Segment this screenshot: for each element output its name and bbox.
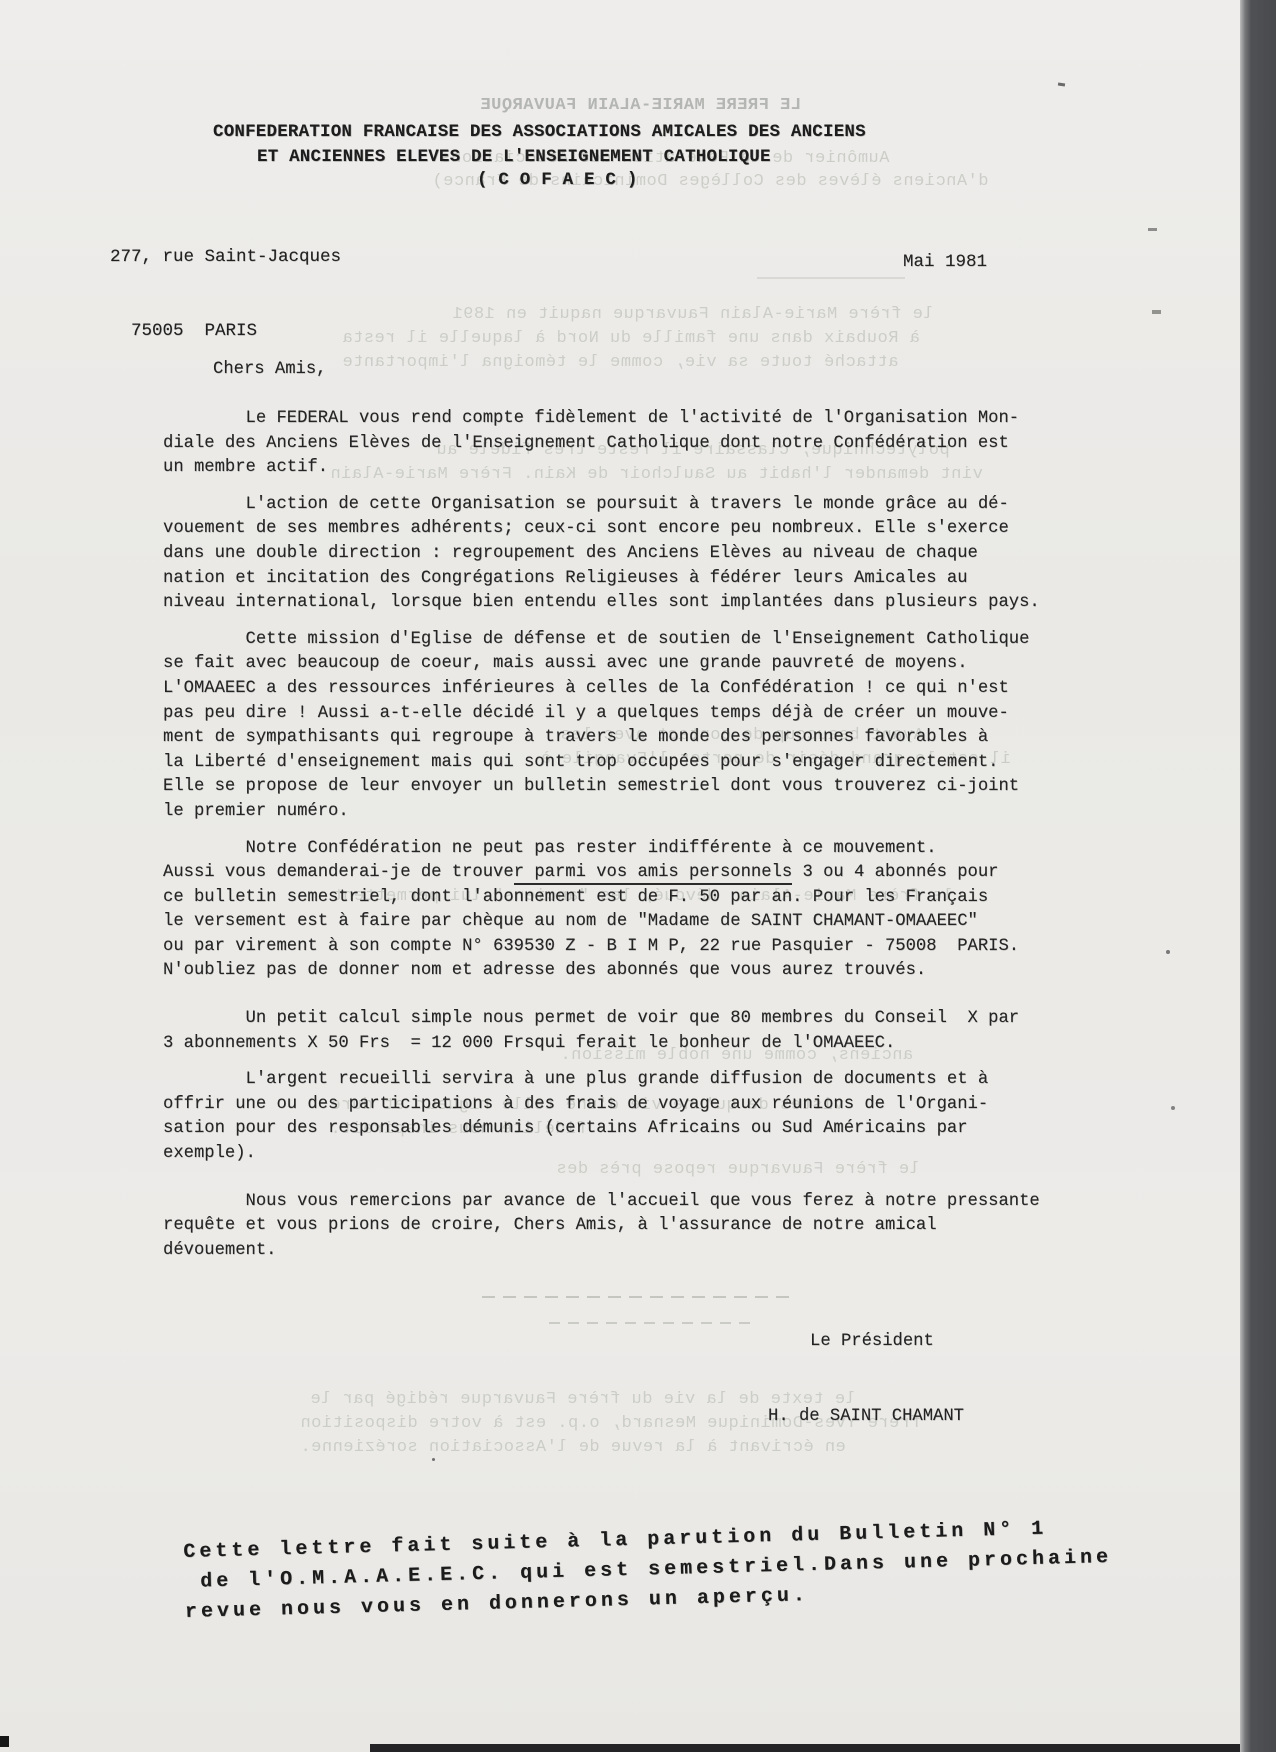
bleedthrough-text: attaché toute sa vie, comme le témoigna …: [342, 353, 899, 372]
letter-line: Notre Confédération ne peut pas rester i…: [163, 837, 1143, 862]
letter-line: pas peu dire ! Aussi a-t-elle décidé il …: [163, 702, 1143, 727]
bleedthrough-text: LE FRERE MARIE-ALAIN FAUVARQUE: [480, 96, 801, 115]
signature-name: H. de SAINT CHAMANT: [768, 1404, 964, 1429]
bleedthrough-text: en écrivant à la revue de l'Association …: [300, 1438, 846, 1457]
letter-date: Mai 1981: [903, 252, 987, 272]
letter-line: ce bulletin semestriel, dont l'abonnemen…: [163, 886, 1143, 911]
letter-line: sation pour des responsables démunis (ce…: [163, 1117, 1143, 1142]
letter-line: L'argent recueilli servira à une plus gr…: [163, 1068, 1143, 1093]
scan-speck: [432, 1458, 435, 1461]
letter-line: offrir une ou des participations à des f…: [163, 1093, 1143, 1118]
letter-line: Un petit calcul simple nous permet de vo…: [163, 1007, 1143, 1032]
faint-rule: [757, 277, 905, 279]
letter-line: diale des Anciens Elèves de l'Enseigneme…: [163, 432, 1143, 457]
sender-address: 277, rue Saint-Jacques 75005 PARIS: [110, 196, 341, 368]
letter-line: vouement de ses membres adhérents; ceux-…: [163, 517, 1143, 542]
letter-line: la Liberté d'enseignement mais qui sont …: [163, 751, 1143, 776]
letter-line: un membre actif.: [163, 456, 1143, 481]
underlined-phrase: r parmi vos amis personnels: [514, 863, 792, 885]
letter-line: dans une double direction : regroupement…: [163, 542, 1143, 567]
letter-line: ment de sympathisants qui regroupe à tra…: [163, 726, 1143, 751]
paragraph: L'action de cette Organisation se poursu…: [163, 493, 1143, 616]
bleedthrough-text: à Roubaix dans une famille du Nord à laq…: [342, 329, 920, 348]
letter-line: N'oubliez pas de donner nom et adresse d…: [163, 959, 1143, 984]
letter-line: Cette mission d'Eglise de défense et de …: [163, 628, 1143, 653]
letter-line: nation et incitation des Congrégations R…: [163, 567, 1143, 592]
letter-line: se fait avec beaucoup de coeur, mais aus…: [163, 652, 1143, 677]
scan-speck: [1171, 1106, 1175, 1110]
letter-line: exemple).: [163, 1142, 1143, 1167]
scan-artifact: [0, 1736, 9, 1747]
letterhead-line-2: ET ANCIENNES ELEVES DE L'ENSEIGNEMENT CA…: [257, 147, 771, 167]
address-city: 75005 PARIS: [110, 319, 341, 344]
letter-line: L'action de cette Organisation se poursu…: [163, 493, 1143, 518]
paragraph: L'argent recueilli servira à une plus gr…: [163, 1068, 1143, 1166]
letter-line: requête et vous prions de croire, Chers …: [163, 1214, 1143, 1239]
scanner-edge-right: [1240, 0, 1276, 1752]
faint-rule: [482, 1296, 796, 1298]
line-segment: 3 ou 4 abonnés pour: [792, 863, 998, 882]
letter-body: Le FEDERAL vous rend compte fidèlement d…: [163, 407, 1143, 1275]
paragraph: Un petit calcul simple nous permet de vo…: [163, 1007, 1143, 1056]
signature-role: Le Président: [810, 1329, 964, 1354]
scanner-edge-bottom: [370, 1744, 1240, 1752]
bleedthrough-text: le frère Marie-Alain Fauvarque naquit en…: [452, 305, 934, 324]
paragraph: Cette mission d'Eglise de défense et de …: [163, 628, 1143, 825]
scan-speck: [1166, 950, 1170, 954]
letter-line: le versement est à faire par chèque au n…: [163, 910, 1143, 935]
scan-speck: [1148, 228, 1157, 231]
letter-line: Aussi vous demanderai-je de trouver parm…: [163, 861, 1143, 886]
scan-speck: [1152, 310, 1161, 314]
letterhead-line-1: CONFEDERATION FRANCAISE DES ASSOCIATIONS…: [213, 122, 866, 142]
paragraph: Nous vous remercions par avance de l'acc…: [163, 1190, 1143, 1264]
letter-line: dévouement.: [163, 1239, 1143, 1264]
letter-line: le premier numéro.: [163, 800, 1143, 825]
paragraph: Notre Confédération ne peut pas rester i…: [163, 837, 1143, 985]
letter-line: L'OMAAEEC a des ressources inférieures à…: [163, 677, 1143, 702]
letter-line: ou par virement à son compte N° 639530 Z…: [163, 935, 1143, 960]
address-street: 277, rue Saint-Jacques: [110, 245, 341, 270]
letter-line: Nous vous remercions par avance de l'acc…: [163, 1190, 1143, 1215]
paragraph: Le FEDERAL vous rend compte fidèlement d…: [163, 407, 1143, 481]
scanned-letter-page: { "colors": { "paper": "#eae9e6", "ink":…: [0, 0, 1276, 1752]
salutation: Chers Amis,: [213, 360, 326, 379]
letter-line: 3 abonnements X 50 Frs = 12 000 Frsqui f…: [163, 1032, 1143, 1057]
line-segment: Aussi vous demanderai-je de trouve: [163, 863, 514, 882]
signature-block: Le Président H. de SAINT CHAMANT: [768, 1279, 964, 1454]
letterhead-acronym: ( C O F A E C ): [477, 170, 638, 190]
letter-line: Elle se propose de leur envoyer un bulle…: [163, 775, 1143, 800]
letter-line: niveau international, lorsque bien enten…: [163, 591, 1143, 616]
faint-rule: [549, 1322, 757, 1324]
letter-line: Le FEDERAL vous rend compte fidèlement d…: [163, 407, 1143, 432]
